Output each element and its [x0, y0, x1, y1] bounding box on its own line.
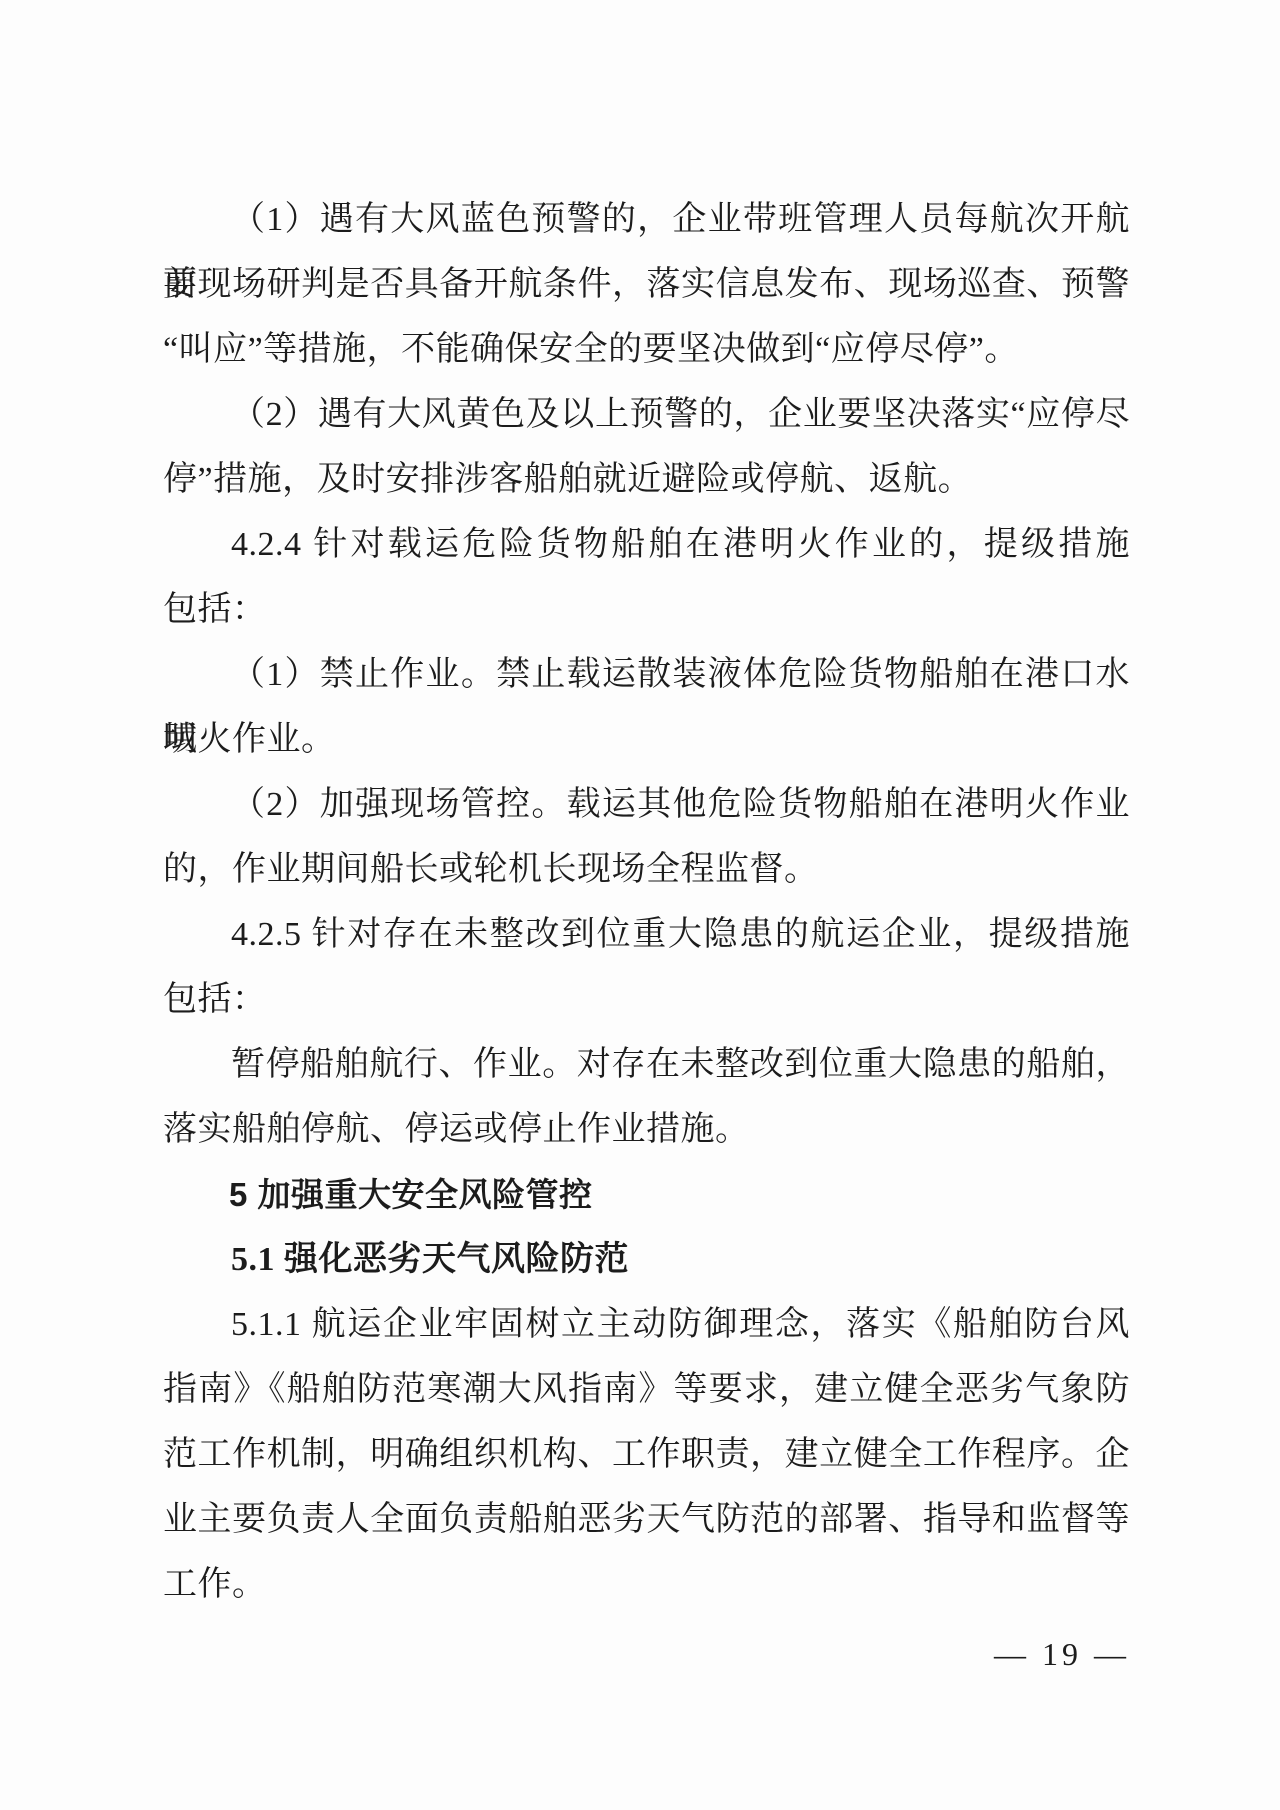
section-5-1-1-line: 5.1.1 航运企业牢固树立主动防御理念，落实《船舶防台风: [163, 1292, 1130, 1357]
page-number: — 19 —: [994, 1622, 1130, 1687]
paragraph-line: 业主要负责人全面负责船舶恶劣天气防范的部署、指导和监督等: [163, 1487, 1130, 1552]
paragraph-line: 落实船舶停航、停运或停止作业措施。: [163, 1097, 1130, 1162]
section-5-1-heading: 5.1 强化恶劣天气风险防范: [163, 1227, 1130, 1292]
paragraph-line: 的，作业期间船长或轮机长现场全程监督。: [163, 837, 1130, 902]
document-body: （1）遇有大风蓝色预警的，企业带班管理人员每航次开航前 要现场研判是否具备开航条…: [163, 187, 1130, 1617]
document-page: （1）遇有大风蓝色预警的，企业带班管理人员每航次开航前 要现场研判是否具备开航条…: [0, 0, 1280, 1810]
paragraph-line: 包括：: [163, 967, 1130, 1032]
section-5-heading: 5 加强重大安全风险管控: [163, 1162, 1130, 1227]
paragraph-line: 范工作机制，明确组织机构、工作职责，建立健全工作程序。企: [163, 1422, 1130, 1487]
paragraph-line: 指南》《船舶防范寒潮大风指南》等要求，建立健全恶劣气象防: [163, 1357, 1130, 1422]
paragraph-line: 停”措施，及时安排涉客船舶就近避险或停航、返航。: [163, 447, 1130, 512]
paragraph-line: “叫应”等措施，不能确保安全的要坚决做到“应停尽停”。: [163, 317, 1130, 382]
section-4-2-5-line: 4.2.5 针对存在未整改到位重大隐患的航运企业，提级措施: [163, 902, 1130, 967]
paragraph-line: （2）加强现场管控。载运其他危险货物船舶在港明火作业: [163, 772, 1130, 837]
paragraph-line: （1）遇有大风蓝色预警的，企业带班管理人员每航次开航前: [163, 187, 1130, 252]
paragraph-line: 暂停船舶航行、作业。对存在未整改到位重大隐患的船舶，: [163, 1032, 1130, 1097]
paragraph-line: 包括：: [163, 577, 1130, 642]
paragraph-line: 要现场研判是否具备开航条件，落实信息发布、现场巡查、预警: [163, 252, 1130, 317]
paragraph-line: 工作。: [163, 1552, 1130, 1617]
section-4-2-4-line: 4.2.4 针对载运危险货物船舶在港明火作业的，提级措施: [163, 512, 1130, 577]
paragraph-line: 明火作业。: [163, 707, 1130, 772]
paragraph-line: （2）遇有大风黄色及以上预警的，企业要坚决落实“应停尽: [163, 382, 1130, 447]
paragraph-line: （1）禁止作业。禁止载运散装液体危险货物船舶在港口水域: [163, 642, 1130, 707]
